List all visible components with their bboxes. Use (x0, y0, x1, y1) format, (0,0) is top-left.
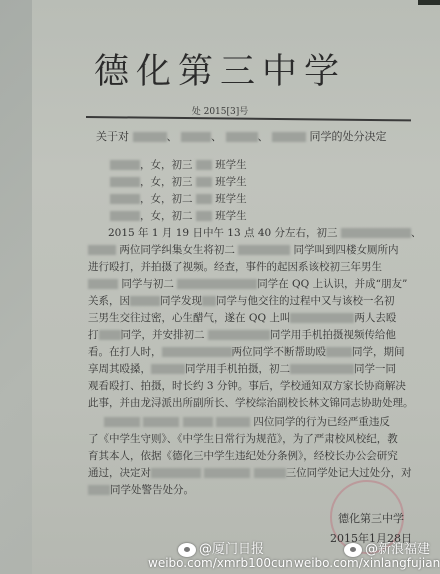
watermark-2-url: weibo.com/xinlangfujian (294, 556, 440, 570)
body-line: 2015 年 1 月 19 日中午 13 点 40 分左右，初三 、 (108, 226, 421, 240)
body-line: 两位同学纠集女生将初二 同学叫到四楼女厕所内 (88, 243, 399, 257)
redacted-class (196, 211, 212, 221)
body-line: 三男生交往过密，心生醋气，遂在 QQ 上叫两人去殴 (88, 311, 396, 325)
body-line: 同学处警告处分。 (88, 483, 194, 497)
signature-org: 德化第三中学 (338, 510, 404, 526)
weibo-icon (178, 543, 196, 557)
background-edge (418, 0, 440, 5)
document-title: 德化第三中学 (0, 44, 440, 94)
redacted-name (110, 211, 140, 221)
student-entry: ，女，初三 班学生 (110, 158, 247, 172)
student-entry: ，女，初三 班学生 (110, 175, 247, 189)
body-line: 通过，决定对 三位同学处记大过处分，对 (88, 466, 412, 480)
body-line: 进行殴打，并拍摄了视频。经查，事件的起因系该校初三年男生 (88, 260, 382, 274)
redacted-name (133, 132, 167, 142)
redacted-class (196, 194, 212, 204)
body-line: 同学与初二 同学在 QQ 上认识，并成“朋友” (88, 277, 407, 291)
document-number: 处 2015[3]号 (0, 104, 440, 117)
redacted-name (110, 177, 140, 187)
watermark-2: @新浪福建 (344, 538, 430, 557)
body-line: 享周其殴搡，同学用手机拍摄，初二同学一同 (88, 362, 396, 376)
watermark-1-url: weibo.com/xmrb100cun (148, 556, 293, 570)
redacted-name (226, 132, 258, 142)
weibo-icon (344, 543, 362, 557)
redacted-name (272, 132, 306, 142)
body-line: 四位同学的行为已经严重违反 (104, 415, 390, 429)
body-line: 此事，并由龙浔派出所副所长、学校综治副校长林文锦同志协助处理。 (88, 396, 414, 410)
body-line: 打同学，并安排初二 同学用手机拍摄视频传给他 (88, 328, 396, 342)
body-line: 了《中学生守则》、《中学生日常行为规范》，为了严肃校风校纪，教 (88, 432, 398, 446)
redacted-class (196, 177, 212, 187)
document-subject: 关于对 、 、 、 同学的处分决定 (96, 128, 387, 144)
redacted-name (110, 194, 140, 204)
watermark-1: @厦门日报 (178, 538, 264, 557)
redacted-name (110, 160, 140, 170)
redacted-class (196, 160, 212, 170)
student-entry: ，女，初二 班学生 (110, 209, 247, 223)
student-entry: ，女，初二 班学生 (110, 192, 247, 206)
body-line: 观看殴打、拍摄，时长约 3 分钟。事后，学校通知双方家长协商解决 (88, 379, 406, 393)
redacted-name (181, 132, 211, 142)
body-line: 育其本人，依据《德化三中学生违纪处分条例》，经校长办公会研究 (88, 449, 398, 463)
body-line: 关系，因同学发现同学与他交往的过程中又与该校一名初 (88, 294, 395, 308)
body-line: 看。在打人时，两位同学不断帮助殴同学，期间 (88, 345, 405, 359)
